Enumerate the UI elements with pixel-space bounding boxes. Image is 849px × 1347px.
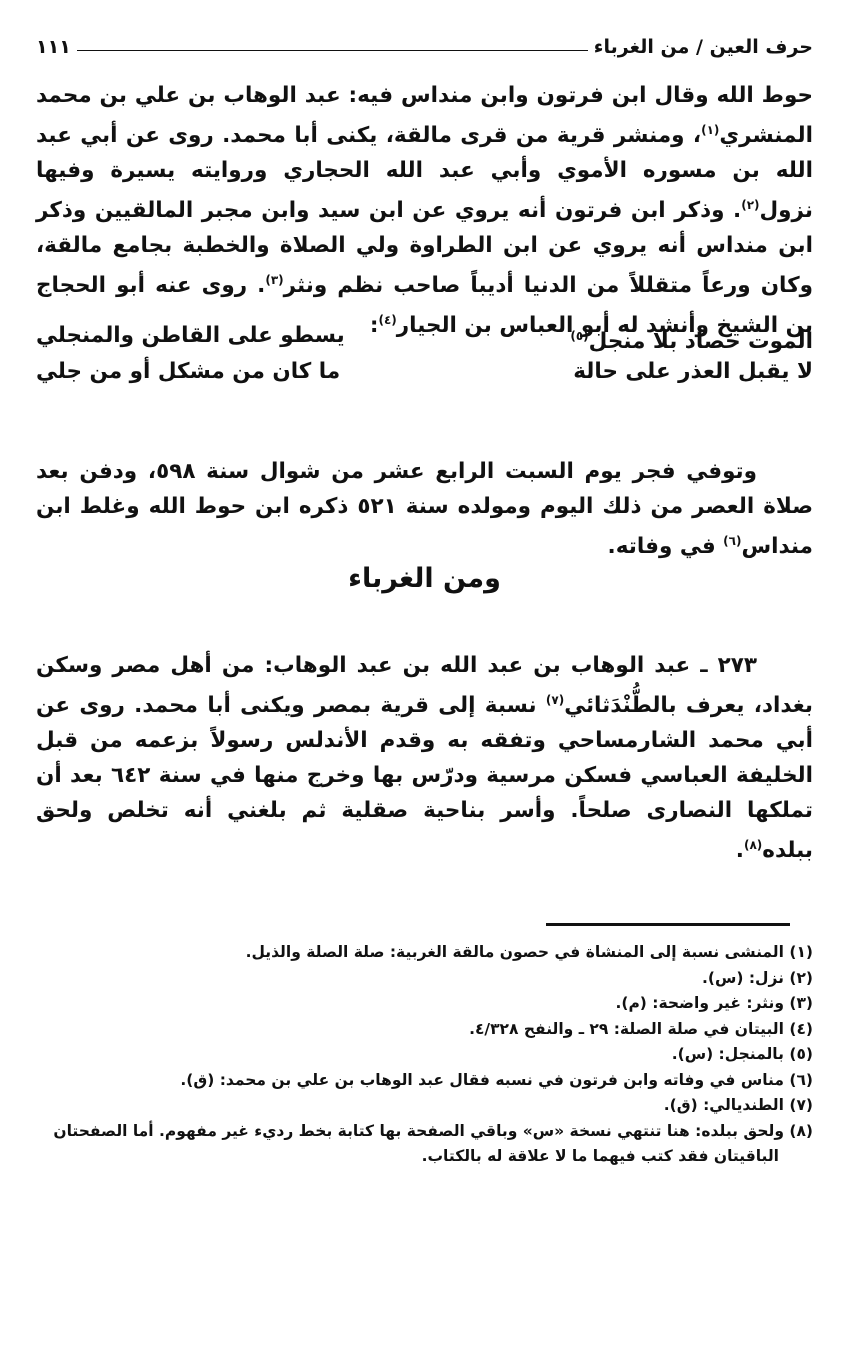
paragraph-entry-273: ٢٧٣ ـ عبد الوهاب بن عبد الله بن عبد الوه… bbox=[36, 648, 813, 868]
paragraph-biography-1: حوط الله وقال ابن فرتون وابن منداس فيه: … bbox=[36, 78, 813, 343]
footnote-7: (٧) الطنديالي: (ق). bbox=[36, 1093, 813, 1119]
footnote-5: (٥) بالمنجل: (س). bbox=[36, 1042, 813, 1068]
footnote-ref-6[interactable]: (٦) bbox=[723, 534, 741, 548]
footnote-ref-8[interactable]: (٨) bbox=[744, 838, 762, 852]
paragraph-text: نسبة إلى قرية بمصر ويكنى أبا محمد. روى ع… bbox=[36, 693, 813, 863]
footnote-4: (٤) البيتان في صلة الصلة: ٢٩ ـ والنفح ٤/… bbox=[36, 1017, 813, 1043]
paragraph-text: . bbox=[736, 838, 744, 863]
section-heading: ومن الغرباء bbox=[0, 563, 849, 594]
book-page: حرف العين / من الغرباء ١١١ حوط الله وقال… bbox=[0, 0, 849, 1347]
footnote-ref-1[interactable]: (١) bbox=[701, 123, 719, 137]
footnote-8: (٨) ولحق ببلده: هنا تنتهي نسخة «س» وباقي… bbox=[36, 1119, 813, 1170]
footnote-ref-3[interactable]: (٣) bbox=[265, 273, 283, 287]
footnote-2: (٢) نزل: (س). bbox=[36, 966, 813, 992]
verse-line: الموت حصاد بلا منجل(٥) يسطو على القاطن و… bbox=[36, 318, 813, 354]
verse-hemistich-first: لا يقبل العذر على حالة bbox=[573, 354, 813, 390]
running-title: حرف العين / من الغرباء bbox=[594, 36, 813, 58]
page-number: ١١١ bbox=[36, 36, 71, 58]
footnote-ref-7[interactable]: (٧) bbox=[546, 693, 564, 707]
poem-verses: الموت حصاد بلا منجل(٥) يسطو على القاطن و… bbox=[36, 318, 813, 390]
verse-hemistich-second: ما كان من مشكل أو من جلي bbox=[36, 354, 340, 390]
footnote-ref-2[interactable]: (٢) bbox=[741, 198, 759, 212]
footnote-ref-5[interactable]: (٥) bbox=[570, 329, 588, 343]
header-rule bbox=[77, 50, 588, 51]
footnote-separator bbox=[546, 923, 790, 926]
footnotes: (١) المنشى نسبة إلى المنشاة في حصون مالق… bbox=[36, 940, 813, 1170]
footnote-3: (٣) ونثر: غير واضحة: (م). bbox=[36, 991, 813, 1017]
paragraph-death-date: وتوفي فجر يوم السبت الرابع عشر من شوال س… bbox=[36, 454, 813, 564]
running-header: حرف العين / من الغرباء ١١١ bbox=[36, 30, 813, 58]
verse-hemistich-second: يسطو على القاطن والمنجلي bbox=[36, 318, 345, 354]
paragraph-text: في وفاته. bbox=[608, 534, 724, 559]
verse-line: لا يقبل العذر على حالة ما كان من مشكل أو… bbox=[36, 354, 813, 390]
verse-hemistich-first: الموت حصاد بلا منجل(٥) bbox=[570, 318, 813, 354]
footnote-1: (١) المنشى نسبة إلى المنشاة في حصون مالق… bbox=[36, 940, 813, 966]
footnote-6: (٦) مناس في وفاته وابن فرتون في نسبه فقا… bbox=[36, 1068, 813, 1094]
